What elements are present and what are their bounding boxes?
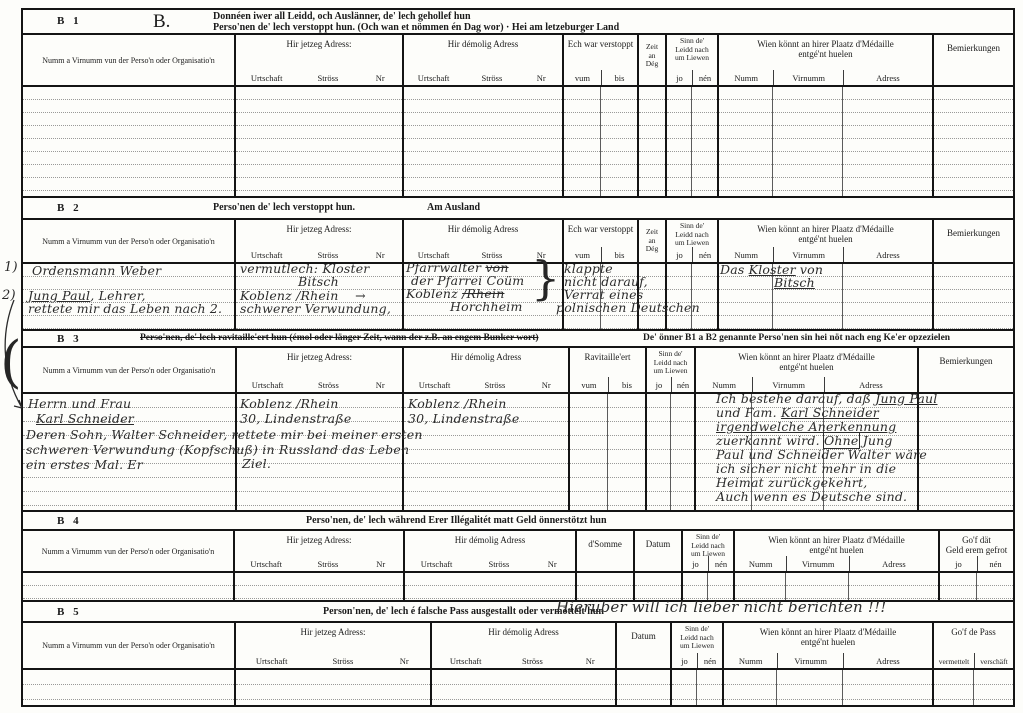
- col-numm: Numm: [719, 70, 773, 85]
- col-urtschaft: Urtschaft: [404, 70, 463, 85]
- section-b3-body: [23, 394, 1013, 510]
- col-urtschaft: Urtschaft: [236, 247, 297, 262]
- section-b4: B 4 Perso'nen, de' lech während Erer Ill…: [23, 512, 1013, 602]
- col-numm: Numm: [735, 556, 786, 571]
- col-stross: Ströss: [468, 556, 529, 571]
- col-demolig-adress: Hir démolig Adress: [404, 220, 562, 234]
- section-b2-titlebar: B 2 Perso'nen de' lech verstoppt hun. Am…: [23, 198, 1013, 220]
- col-jo: jo: [672, 653, 697, 668]
- col-jo: jo: [940, 556, 977, 571]
- col-nr: Nr: [530, 556, 575, 571]
- col-somme: d'Somme: [577, 531, 633, 549]
- col-wien-medaille: Wien könnt an hirer Plaatz d'Médaille en…: [735, 531, 938, 555]
- col-nen: nén: [977, 556, 1013, 571]
- col-wien-medaille: Wien könnt an hirer Plaatz d'Médaille en…: [724, 623, 932, 647]
- col-adress: Adress: [824, 377, 917, 392]
- col-nr: Nr: [359, 70, 402, 85]
- section-b5-header: Numm a Virnumm vun der Perso'n oder Orga…: [23, 623, 1013, 670]
- col-bis: bis: [601, 70, 637, 85]
- section-title-line2: Perso'nen de' lech verstoppt hun. (Och w…: [213, 22, 619, 34]
- col-adress: Adress: [849, 556, 938, 571]
- section-b2-header: Numm a Virnumm vun der Perso'n oder Orga…: [23, 220, 1013, 264]
- col-adress: Adress: [843, 70, 932, 85]
- section-big-letter: B.: [153, 11, 170, 33]
- col-urtschaft: Urtschaft: [236, 70, 297, 85]
- col-demolig-adress: Hir démolig Adress: [405, 531, 575, 545]
- col-sinn-leidd: Sinn de' Leidd nach um Liewen: [672, 623, 722, 651]
- col-verstoppt: Ech war verstoppt: [564, 220, 637, 234]
- col-verschaft: verschäft: [974, 653, 1013, 668]
- section-id: B 3: [57, 333, 82, 345]
- col-verstoppt: Ech war verstoppt: [564, 35, 637, 49]
- section-b4-body: [23, 573, 1013, 600]
- col-stross: Ströss: [297, 556, 358, 571]
- section-b2-body: [23, 264, 1013, 329]
- col-nen: nén: [692, 70, 717, 85]
- col-jo: jo: [647, 377, 671, 392]
- col-bemierkungen: Bemierkungen: [934, 220, 1013, 238]
- section-b2: B 2 Perso'nen de' lech verstoppt hun. Am…: [23, 198, 1013, 331]
- col-datum: Datum: [617, 623, 670, 641]
- col-nr: Nr: [521, 247, 562, 262]
- col-virnumm: Virnumm: [773, 70, 842, 85]
- section-b5-body: [23, 670, 1013, 705]
- col-stross: Ströss: [298, 377, 358, 392]
- col-numm: Numm: [696, 377, 752, 392]
- col-urtschaft: Urtschaft: [237, 377, 298, 392]
- col-adress: Adress: [843, 653, 932, 668]
- col-urtschaft: Urtschaft: [404, 377, 465, 392]
- col-virnumm: Virnumm: [777, 653, 842, 668]
- col-urtschaft: Urtschaft: [235, 556, 297, 571]
- col-demolig-adress: Hir démolig Adress: [404, 35, 562, 49]
- col-zeit-an-deg: Zeit an Dég: [639, 220, 665, 254]
- col-nen: nén: [708, 556, 733, 571]
- col-vum: vum: [564, 247, 601, 262]
- col-nr: Nr: [525, 377, 568, 392]
- col-nr: Nr: [521, 70, 562, 85]
- b3-margin-paren: (: [0, 338, 22, 388]
- col-jetzeg-adress: Hir jetzeg Adress:: [236, 623, 430, 637]
- col-stross: Ströss: [307, 653, 378, 668]
- section-b4-header: Numm a Virnumm vun der Perso'n oder Orga…: [23, 531, 1013, 573]
- col-nr: Nr: [566, 653, 615, 668]
- col-jetzeg-adress: Hir jetzeg Adress:: [236, 35, 402, 49]
- col-nr: Nr: [379, 653, 430, 668]
- col-zeit-an-deg: Zeit an Dég: [639, 35, 665, 69]
- col-name: Numm a Virnumm vun der Perso'n oder Orga…: [23, 623, 234, 668]
- section-title: De' önner B1 a B2 genannte Perso'nen sin…: [643, 333, 950, 345]
- col-nen: nén: [671, 377, 694, 392]
- col-bemierkungen: Bemierkungen: [919, 348, 1013, 366]
- col-numm: Numm: [724, 653, 777, 668]
- section-b3: B 3 Perso'nen, de' lech ravitaille'ert h…: [23, 331, 1013, 512]
- section-id: B 5: [57, 606, 82, 618]
- section-title: Person'nen, de' lech é falsche Pass ausg…: [323, 606, 604, 618]
- col-name: Numm a Virnumm vun der Perso'n oder Orga…: [23, 531, 233, 571]
- col-sinn-leidd: Sinn de' Leidd nach um Liewen: [647, 348, 694, 376]
- col-jo: jo: [667, 247, 692, 262]
- col-stross: Ströss: [297, 247, 358, 262]
- col-vum: vum: [564, 70, 601, 85]
- col-nr: Nr: [359, 247, 402, 262]
- col-bemierkungen: Bemierkungen: [934, 35, 1013, 53]
- margin-number-2: 2): [2, 289, 16, 302]
- col-nen: nén: [692, 247, 717, 262]
- col-bis: bis: [608, 377, 645, 392]
- col-ravitailleert: Ravitaille'ert: [570, 348, 645, 362]
- col-numm: Numm: [719, 247, 773, 262]
- col-stross: Ströss: [463, 247, 520, 262]
- col-stross: Ströss: [297, 70, 358, 85]
- section-title-right: Am Ausland: [427, 202, 480, 214]
- form-b-sections: B 1 B. Donnéen iwer all Leidd, och Auslä…: [21, 8, 1015, 707]
- col-urtschaft: Urtschaft: [405, 556, 468, 571]
- col-adress: Adress: [843, 247, 932, 262]
- col-sinn-leidd: Sinn de' Leidd nach um Liewen: [683, 531, 733, 559]
- section-b3-titlebar: B 3 Perso'nen, de' lech ravitaille'ert h…: [23, 331, 1013, 348]
- section-b5-titlebar: B 5 Person'nen, de' lech é falsche Pass …: [23, 602, 1013, 623]
- col-urtschaft: Urtschaft: [432, 653, 499, 668]
- section-title-struck: Perso'nen, de' lech ravitaille'ert hun (…: [140, 333, 539, 345]
- col-virnumm: Virnumm: [786, 556, 848, 571]
- section-title: Perso'nen de' lech verstoppt hun.: [213, 202, 355, 214]
- col-gof-geld: Go'f dät Geld erem gefrot: [940, 531, 1013, 555]
- col-datum: Datum: [635, 531, 681, 549]
- section-title-line1: Donnéen iwer all Leidd, och Auslänner, d…: [213, 11, 471, 23]
- col-virnumm: Virnumm: [773, 247, 842, 262]
- section-id: B 2: [57, 202, 82, 214]
- col-nen: nén: [697, 653, 722, 668]
- col-bis: bis: [601, 247, 637, 262]
- col-name: Numm a Virnumm vun der Perso'n oder Orga…: [23, 220, 234, 262]
- col-nr: Nr: [359, 556, 403, 571]
- col-urtschaft: Urtschaft: [404, 247, 463, 262]
- col-virnumm: Virnumm: [752, 377, 823, 392]
- col-name: Numm a Virnumm vun der Perso'n oder Orga…: [23, 348, 235, 392]
- col-urtschaft: Urtschaft: [236, 653, 307, 668]
- col-gof-pass: Go'f de Pass: [934, 623, 1013, 637]
- col-demolig-adress: Hir démolig Adress: [432, 623, 615, 637]
- margin-number-1: 1): [4, 261, 18, 274]
- section-b3-header: Numm a Virnumm vun der Perso'n oder Orga…: [23, 348, 1013, 394]
- section-b1: B 1 B. Donnéen iwer all Leidd, och Auslä…: [23, 10, 1013, 198]
- section-title: Perso'nen, de' lech während Erer Illégal…: [306, 515, 607, 527]
- col-jo: jo: [683, 556, 708, 571]
- col-stross: Ströss: [465, 377, 524, 392]
- col-name: Numm a Virnumm vun der Perso'n oder Orga…: [23, 35, 234, 85]
- col-demolig-adress: Hir démolig Adress: [404, 348, 568, 362]
- col-sinn-leidd: Sinn de' Leidd nach um Liewen: [667, 220, 717, 248]
- section-b5: B 5 Person'nen, de' lech é falsche Pass …: [23, 602, 1013, 707]
- col-stross: Ströss: [463, 70, 520, 85]
- col-nr: Nr: [359, 377, 402, 392]
- col-wien-medaille: Wien könnt an hirer Plaatz d'Médaille en…: [696, 348, 917, 372]
- section-b4-titlebar: B 4 Perso'nen, de' lech während Erer Ill…: [23, 512, 1013, 531]
- section-b1-titlebar: B 1 B. Donnéen iwer all Leidd, och Auslä…: [23, 10, 1013, 35]
- section-b1-body: [23, 87, 1013, 196]
- col-wien-medaille: Wien könnt an hirer Plaatz d'Médaille en…: [719, 220, 932, 244]
- section-b1-header: Numm a Virnumm vun der Perso'n oder Orga…: [23, 35, 1013, 87]
- col-jetzeg-adress: Hir jetzeg Adress:: [237, 348, 402, 362]
- col-sinn-leidd: Sinn de' Leidd nach um Liewen: [667, 35, 717, 63]
- col-vermettelt: vermettelt: [934, 653, 974, 668]
- section-id: B 1: [57, 15, 82, 27]
- col-jetzeg-adress: Hir jetzeg Adress:: [236, 220, 402, 234]
- col-vum: vum: [570, 377, 608, 392]
- col-jo: jo: [667, 70, 692, 85]
- col-stross: Ströss: [499, 653, 565, 668]
- col-wien-medaille: Wien könnt an hirer Plaatz d'Médaille en…: [719, 35, 932, 59]
- col-jetzeg-adress: Hir jetzeg Adress:: [235, 531, 403, 545]
- scanned-form-page: B 1 B. Donnéen iwer all Leidd, och Auslä…: [0, 0, 1023, 713]
- section-id: B 4: [57, 515, 82, 527]
